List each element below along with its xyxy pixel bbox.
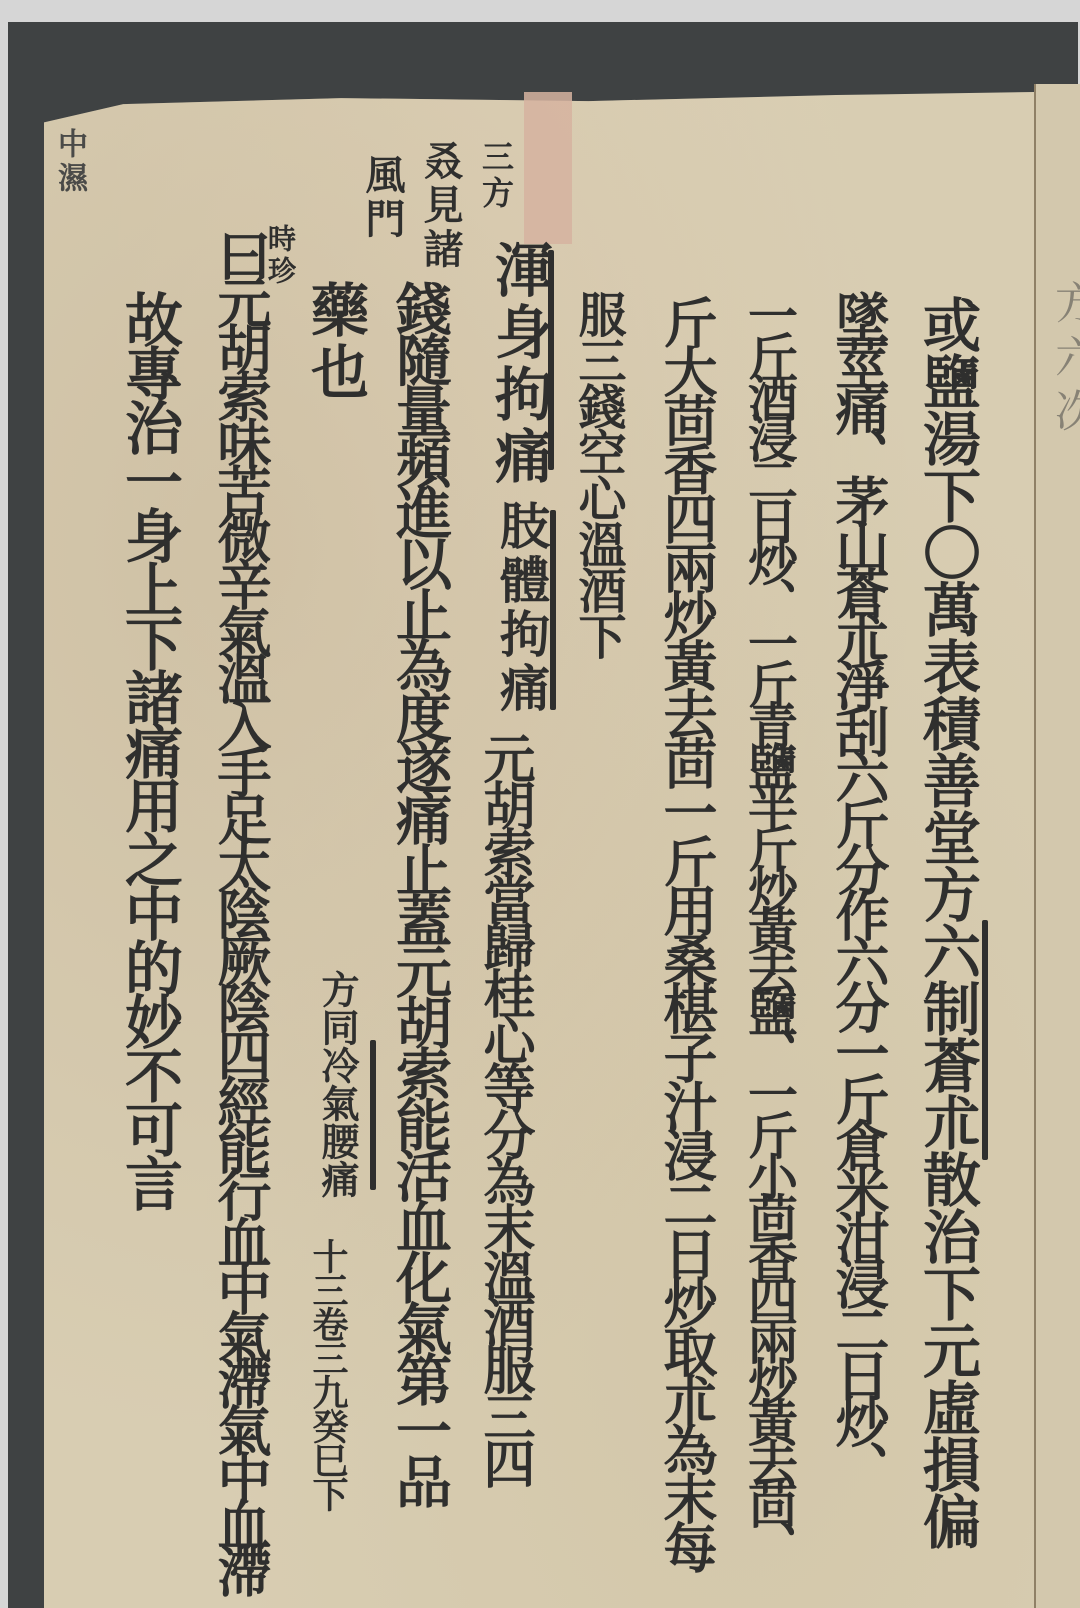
text-column-1: 或鹽湯下〇萬表積善堂方六制蒼朮散治下元虛損偏 <box>918 295 976 1549</box>
note-bracket <box>370 1040 376 1190</box>
heading-bracket-2 <box>550 510 556 710</box>
text-column-4: 斤大茴香四兩炒黃去茴一斤用桑椹子汁浸二日炒取朮為末每 <box>660 295 714 1569</box>
text-column-3: 一斤酒浸二日炒、一斤青鹽半斤炒黃去鹽、一斤小茴香四兩炒黃去茴、 <box>744 290 794 1561</box>
text-column-9: 故專治一身上下諸痛用之中的妙不可言 <box>120 290 178 1208</box>
text-column-2: 墜莖痛、茅山蒼朮淨刮六斤分作六分一斤倉米泔浸二日炒、 <box>832 290 886 1486</box>
heading-limb-pain: 肢體拘痛 <box>496 500 546 716</box>
section-marker-bar <box>982 920 988 1160</box>
text-column-5: 服三錢空心溫酒下 <box>574 290 622 658</box>
note-cold-qi-back-pain: 方同冷氣腰痛 <box>318 970 356 1198</box>
text-column-7: 錢隨量頻進以止為度遂痛止蓋元胡索能活血化氣第一品 <box>392 280 448 1504</box>
text-column-6: 元胡索當歸桂心等分為末溫酒服三四 <box>478 732 530 1484</box>
header-note-line-1: 三方 <box>480 140 512 212</box>
text-column-8-start: 藥也 <box>306 280 364 404</box>
text-column-8: 曰元胡索味苦微辛氣溫入手足太陰厥陰四經能行血中氣滯氣中血滯 <box>214 228 268 1591</box>
header-note-line-3: 風門 <box>362 154 402 242</box>
margin-label: 中濕 <box>54 128 84 196</box>
adjacent-page-text: 方六次 <box>1040 280 1080 442</box>
repair-tape <box>524 92 572 244</box>
heading-bracket-1 <box>548 250 554 470</box>
header-note-line-2: 叒見諸 <box>420 140 460 272</box>
volume-reference-note: 十三卷三九癸巳下 <box>310 1238 346 1510</box>
heading-whole-body-pain: 渾身拘痛 <box>490 240 548 488</box>
